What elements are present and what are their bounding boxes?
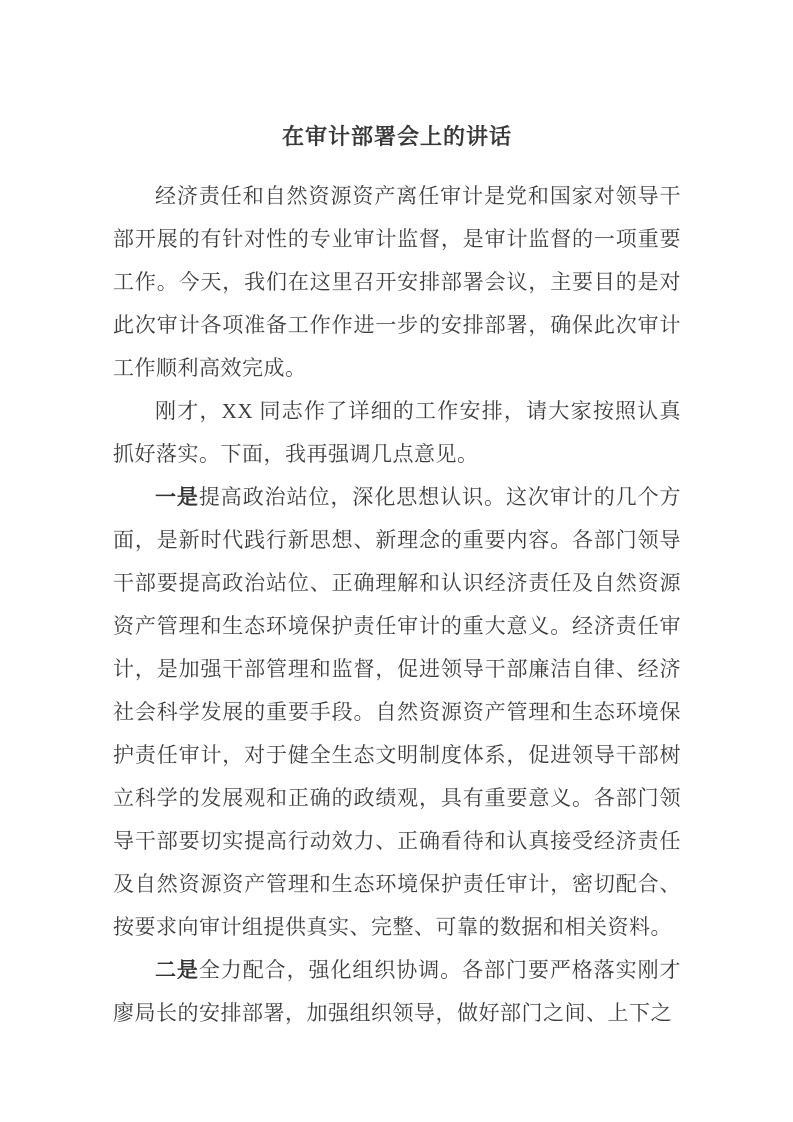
paragraph-lead: 一是 bbox=[155, 485, 199, 509]
paragraph-text: 提高政治站位，深化思想认识。这次审计的几个方面，是新时代践行新思想、新理念的重要… bbox=[113, 485, 681, 939]
document-title: 在审计部署会上的讲话 bbox=[113, 114, 681, 160]
paragraph-text: 刚才，XX 同志作了详细的工作安排，请大家按照认真抓好落实。下面，我再强调几点意… bbox=[113, 399, 681, 466]
paragraph: 二是全力配合，强化组织协调。各部门要严格落实刚才廖局长的安排部署，加强组织领导，… bbox=[113, 949, 681, 1035]
paragraph: 经济责任和自然资源资产离任审计是党和国家对领导干部开展的有针对性的专业审计监督，… bbox=[113, 175, 681, 390]
paragraph-text: 经济责任和自然资源资产离任审计是党和国家对领导干部开展的有针对性的专业审计监督，… bbox=[113, 184, 681, 380]
paragraph: 刚才，XX 同志作了详细的工作安排，请大家按照认真抓好落实。下面，我再强调几点意… bbox=[113, 390, 681, 476]
paragraph: 一是提高政治站位，深化思想认识。这次审计的几个方面，是新时代践行新思想、新理念的… bbox=[113, 476, 681, 949]
paragraph-lead: 二是 bbox=[155, 958, 199, 982]
paragraph-text: 全力配合，强化组织协调。各部门要严格落实刚才廖局长的安排部署，加强组织领导，做好… bbox=[113, 958, 681, 1025]
document-page: 在审计部署会上的讲话 经济责任和自然资源资产离任审计是党和国家对领导干部开展的有… bbox=[0, 0, 793, 1122]
